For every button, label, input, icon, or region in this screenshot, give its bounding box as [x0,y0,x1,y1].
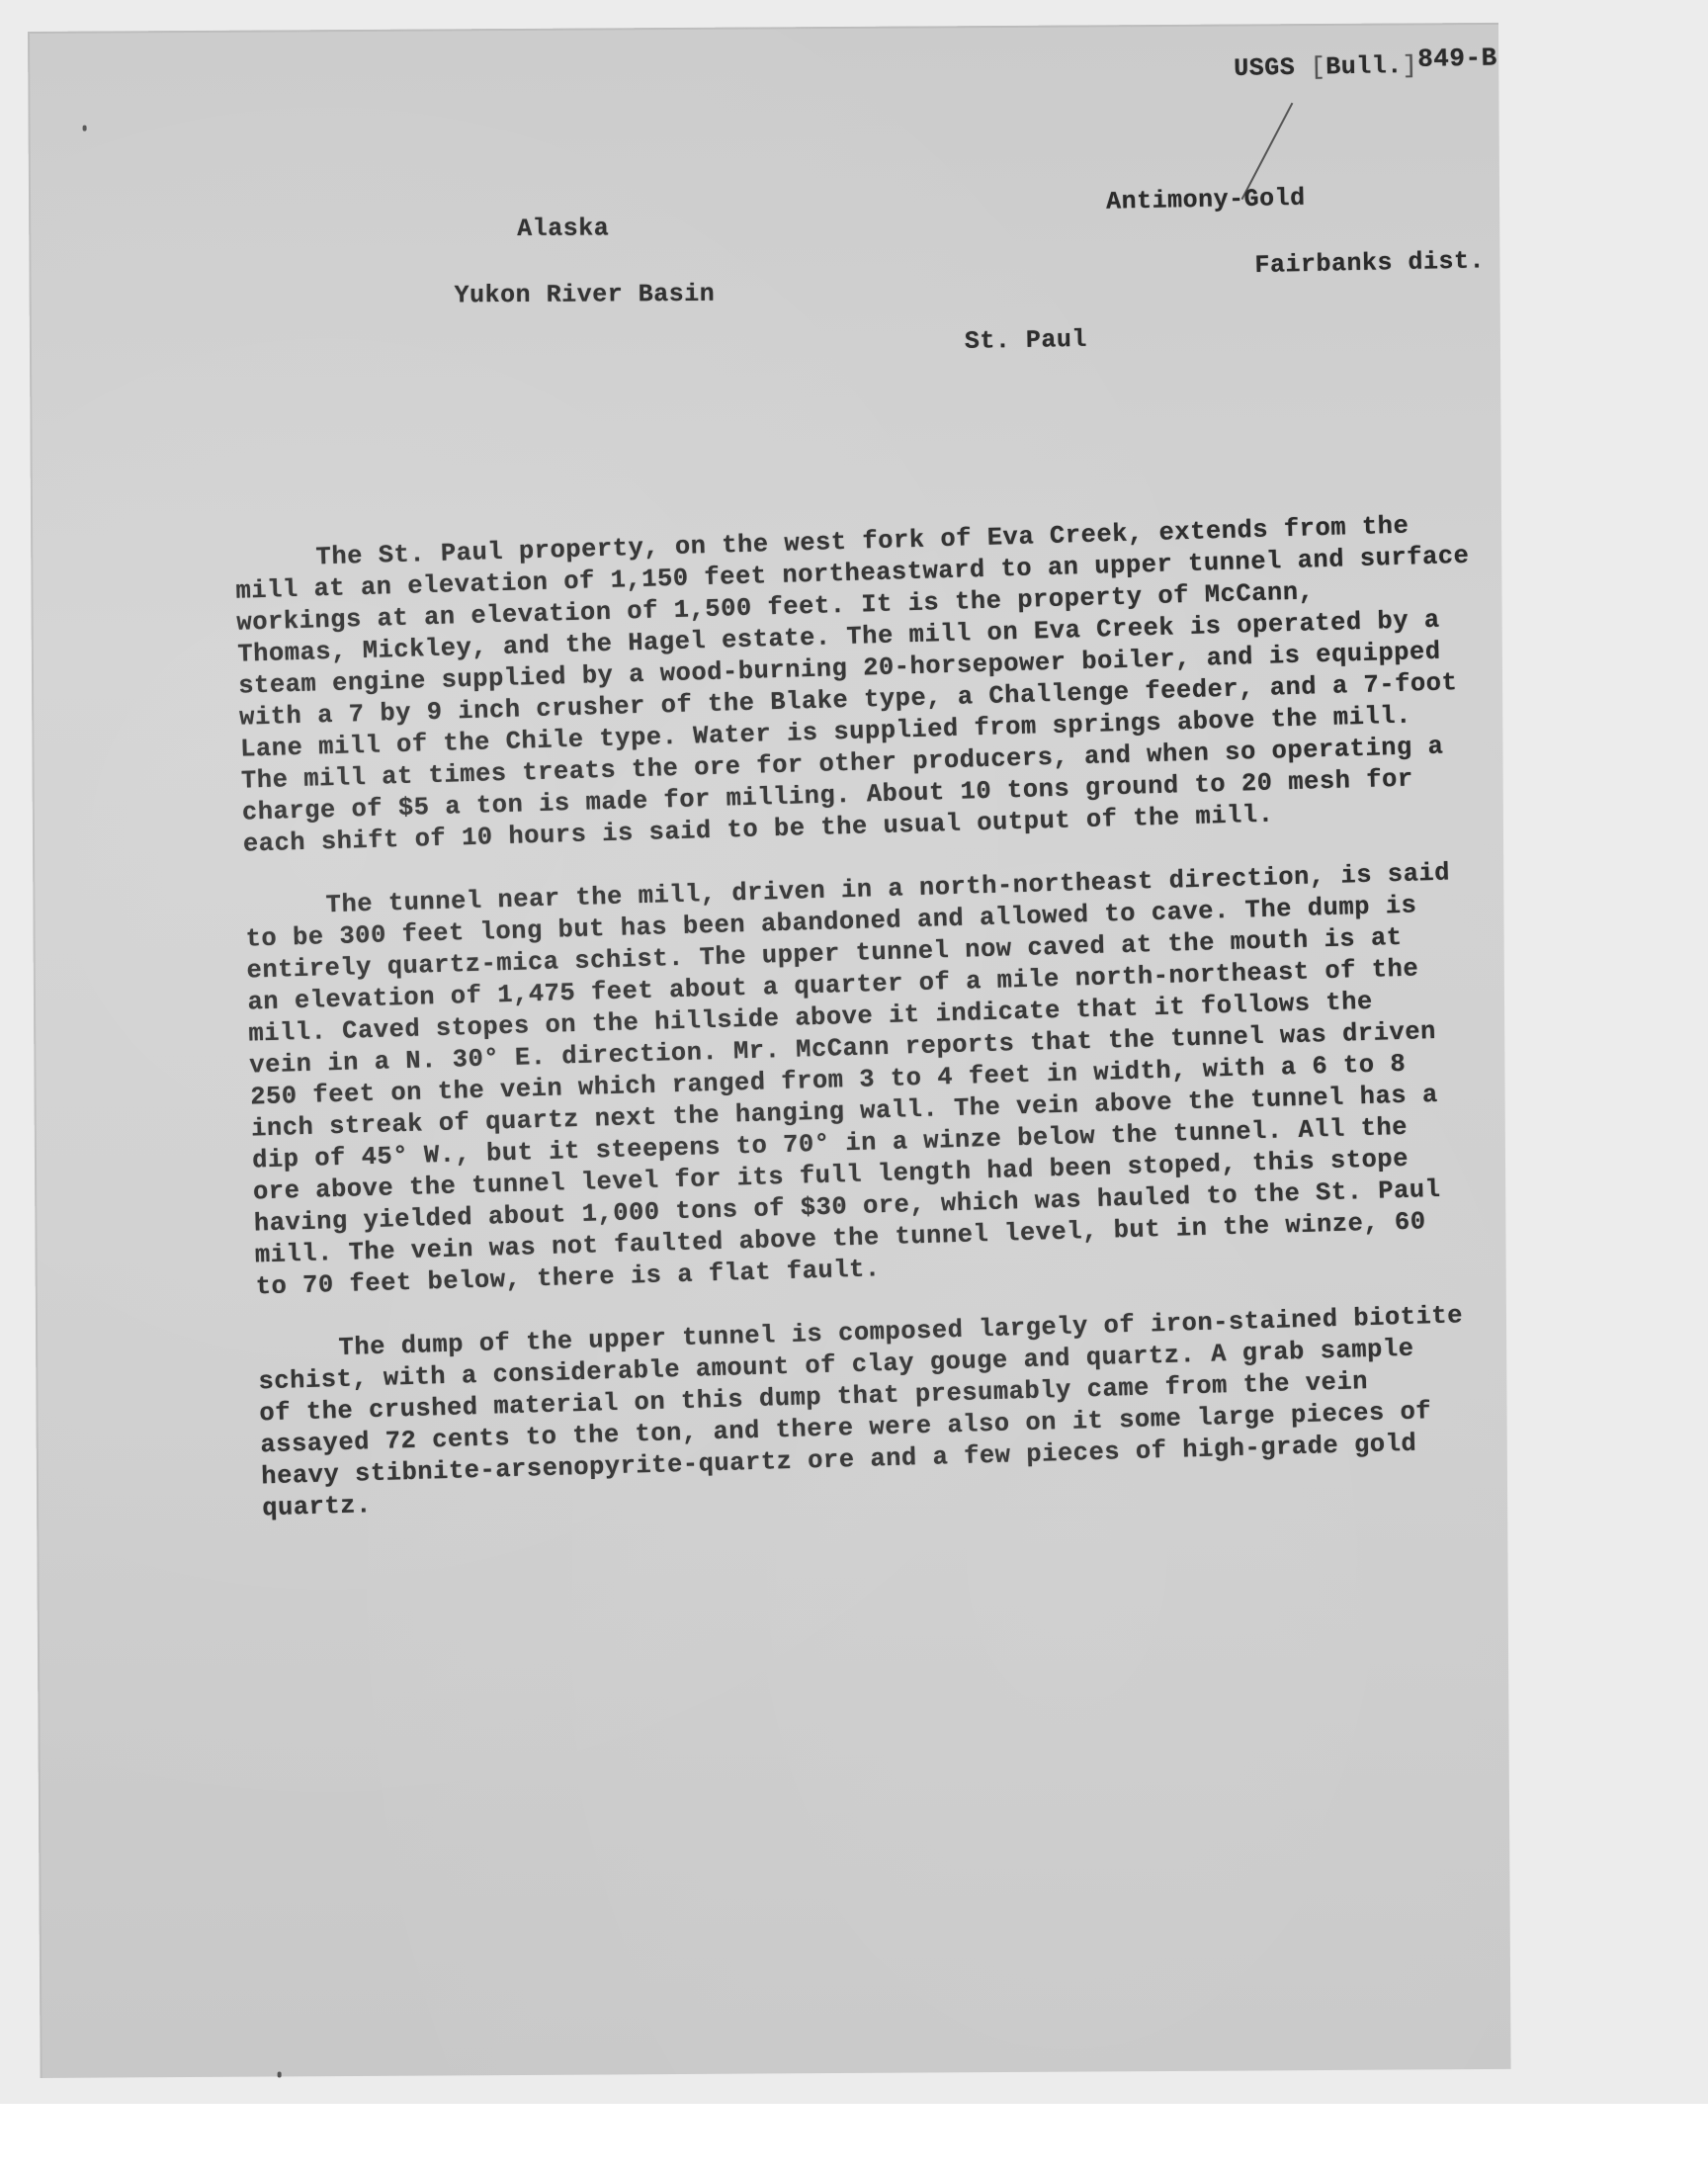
stamp-prefix: USGS [1234,53,1295,83]
paragraph-dump-description: The dump of the upper tunnel is composed… [257,1297,1586,1525]
paragraph-property-description: The St. Paul property, on the west fork … [234,506,1568,860]
stamp-bulletin: Bull. [1325,51,1403,81]
paragraph-tunnel-description: The tunnel near the mill, driven in a no… [244,854,1580,1303]
page-title: St. Paul [965,325,1087,356]
stamp-number: 849-B [1417,43,1497,74]
body-text: The St. Paul property, on the west fork … [234,506,1587,1556]
paper-blemish [83,126,87,131]
paper-blemish [278,2071,282,2077]
header-commodity: Antimony-Gold [1106,184,1306,217]
stamp-bracket-close: ] [1403,51,1418,80]
typewritten-page: USGS [Bull.]849-B Alaska Yukon River Bas… [28,23,1511,2078]
header-basin: Yukon River Basin [455,280,716,310]
header-district: Fairbanks dist. [1254,246,1485,280]
header-state: Alaska [517,214,609,243]
bulletin-stamp: USGS [Bull.]849-B [1234,49,1497,83]
stamp-bracket-open: [ [1311,52,1326,81]
